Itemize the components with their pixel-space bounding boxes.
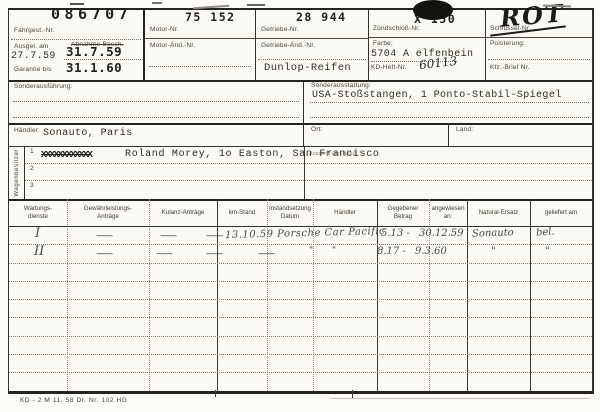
service-booklet-label: KD-Heft-Nr. xyxy=(371,64,407,71)
entry-service-number: II xyxy=(34,244,44,259)
special-equipment-section: Sonderausführung: Sonderausstattung: USA… xyxy=(9,80,592,125)
issued-label: Ausgel. am xyxy=(14,43,49,50)
owner-section: Wagenbesitzer 1 XXXXXXXXXXXX Anschrift u… xyxy=(9,146,592,201)
special-equipment-label: Sonderausstattung: xyxy=(311,82,371,89)
scanned-service-card: 086707 Fahrgest.-Nr. Ausgel. am 27.7.59 … xyxy=(0,0,600,412)
dealer-section: Händler: Sonauto, Paris Ort: Land: xyxy=(9,123,592,147)
entry-service-number: I xyxy=(35,226,40,241)
header-natural-ersatz: Natural-Ersatz xyxy=(467,199,530,226)
header-angewiesen: angewiesen an: xyxy=(429,199,467,226)
warranty-label: Garantie bis xyxy=(14,66,51,73)
owner-name-address: Roland Morey, 1o Easton, San Francisco xyxy=(125,149,380,160)
country-cell: Land: xyxy=(449,123,592,146)
warranty-date-stamp: 31.1.60 xyxy=(66,60,122,75)
entry-dash: — xyxy=(206,229,224,242)
scan-ghost-line xyxy=(330,398,590,399)
entry-dash: — xyxy=(156,247,174,260)
key-upholstery-cell: Schlüssel-Nr. ROT Polsterung: Kfz.-Brief… xyxy=(486,10,592,80)
table-row xyxy=(9,263,592,282)
owner-row-3: 3 xyxy=(25,180,592,197)
service-table: Wartungs- dienste Gewährleistungs- Anträ… xyxy=(9,199,592,391)
engine-cell: 75 152 Motor-Nr. Motor-Änd.-Nr. xyxy=(145,10,256,80)
engine-label: Motor-Nr. xyxy=(150,26,179,33)
owner-row-2: 2 xyxy=(25,163,592,181)
owner-row-1: 1 XXXXXXXXXXXX Anschrift und Beruf Rolan… xyxy=(25,146,592,164)
header-haendler: Händler xyxy=(313,199,377,226)
gearbox-cell: 28 944 Getriebe-Nr. Getriebe-Änd.-Nr. Du… xyxy=(256,10,369,80)
line-stub xyxy=(215,390,216,397)
gearbox-number-stamp: 28 944 xyxy=(296,10,347,24)
color-label: Farbe: xyxy=(373,40,393,47)
owner-side-label: Wagenbesitzer xyxy=(14,149,20,197)
header-instandsetzung: Instandsetzung Datum xyxy=(267,199,313,226)
form-print-code: KD - 2 M 11. 58 Dr. Nr. 102 HG xyxy=(20,397,127,404)
engine-number-stamp: 75 152 xyxy=(185,10,236,24)
entry-ditto: " xyxy=(491,246,496,257)
chassis-label: Fahrgest.-Nr. xyxy=(14,27,55,34)
scan-noise xyxy=(152,2,162,4)
table-row xyxy=(9,318,592,337)
owner-row-number: 2 xyxy=(30,165,34,172)
table-row xyxy=(9,372,592,390)
owner-row-number: 1 xyxy=(30,148,34,155)
city-cell: Ort: xyxy=(304,123,449,146)
entry-remitted-date: 30.12.59 xyxy=(419,228,464,239)
entry-amount: 8.17 - xyxy=(377,246,406,257)
entry-ditto: " " xyxy=(309,246,344,256)
header-kulanz: Kulanz-Anträge xyxy=(149,199,217,226)
owner-side-strip: Wagenbesitzer xyxy=(9,146,25,199)
chassis-cell: 086707 Fahrgest.-Nr. Ausgel. am 27.7.59 … xyxy=(9,10,145,80)
header-geliefert: geliefert am xyxy=(530,199,592,226)
ignition-lock-label: Zündschloß-Nr. xyxy=(373,25,420,32)
scan-noise xyxy=(247,4,265,6)
special-equipment-cell: Sonderausstattung: USA-Stoßstangen, 1 Po… xyxy=(304,80,592,123)
table-row xyxy=(9,354,592,373)
table-row xyxy=(9,281,592,300)
entry-dash: — xyxy=(96,247,114,260)
entry-delivered: bel. xyxy=(536,226,555,238)
dealer-value: Sonauto, Paris xyxy=(43,128,133,139)
entry-remitted-date: 9.3.60 xyxy=(415,246,447,257)
vehicle-title-label: Kfz.-Brief Nr. xyxy=(490,64,530,71)
chassis-number-stamp: 086707 xyxy=(51,5,132,23)
entry-dash: — xyxy=(96,229,114,242)
kardex-card: 086707 Fahrgest.-Nr. Ausgel. am 27.7.59 … xyxy=(8,8,594,394)
entry-dash: — xyxy=(160,229,178,242)
issued-date: 27.7.59 xyxy=(11,51,56,62)
owner-row-number: 3 xyxy=(30,182,34,189)
line-stub xyxy=(352,390,353,398)
entry-dash: — xyxy=(206,247,224,260)
service-table-body: I — — — 13.10.59 Porsche Car Pacific 5.1… xyxy=(9,226,592,391)
entry-dash: — xyxy=(258,247,276,260)
vehicle-id-section: 086707 Fahrgest.-Nr. Ausgel. am 27.7.59 … xyxy=(9,10,592,82)
dealer-label: Händler: xyxy=(14,127,40,134)
header-km-stand: km-Stand xyxy=(217,199,267,226)
punch-mark xyxy=(413,0,453,20)
city-label: Ort: xyxy=(311,126,323,133)
acceptance-date-stamp: 31.7.59 xyxy=(66,44,122,59)
tires-value: Dunlop-Reifen xyxy=(264,62,351,74)
header-betrag: Gegebener Betrag xyxy=(377,199,429,226)
service-table-header: Wartungs- dienste Gewährleistungs- Anträ… xyxy=(9,199,592,227)
header-gewaehrleistung: Gewährleistungs- Anträge xyxy=(67,199,149,226)
table-row xyxy=(9,299,592,318)
owner-struck-text: XXXXXXXXXXXX xyxy=(41,149,91,160)
ignition-color-cell: X 150 Zündschloß-Nr. Farbe: 5704 A elfen… xyxy=(369,10,486,80)
dealer-cell: Händler: Sonauto, Paris xyxy=(9,123,304,146)
entry-ditto: " xyxy=(545,246,550,257)
header-wartungsdienste: Wartungs- dienste xyxy=(9,199,67,226)
country-label: Land: xyxy=(456,126,473,133)
engine-mod-label: Motor-Änd.-Nr. xyxy=(150,42,195,49)
entry-natural-replacement: Sonauto xyxy=(472,227,514,239)
table-row xyxy=(9,336,592,355)
gearbox-mod-label: Getriebe-Änd.-Nr. xyxy=(261,42,315,49)
entry-amount: 5.13 - xyxy=(381,228,410,239)
upholstery-label: Polsterung: xyxy=(490,40,525,47)
scan-noise xyxy=(70,3,84,5)
special-equipment-value: USA-Stoßstangen, 1 Ponto-Stabil-Spiegel xyxy=(312,90,562,101)
special-version-label: Sonderausführung: xyxy=(14,83,73,90)
special-version-cell: Sonderausführung: xyxy=(9,80,304,123)
gearbox-label: Getriebe-Nr. xyxy=(261,26,299,33)
